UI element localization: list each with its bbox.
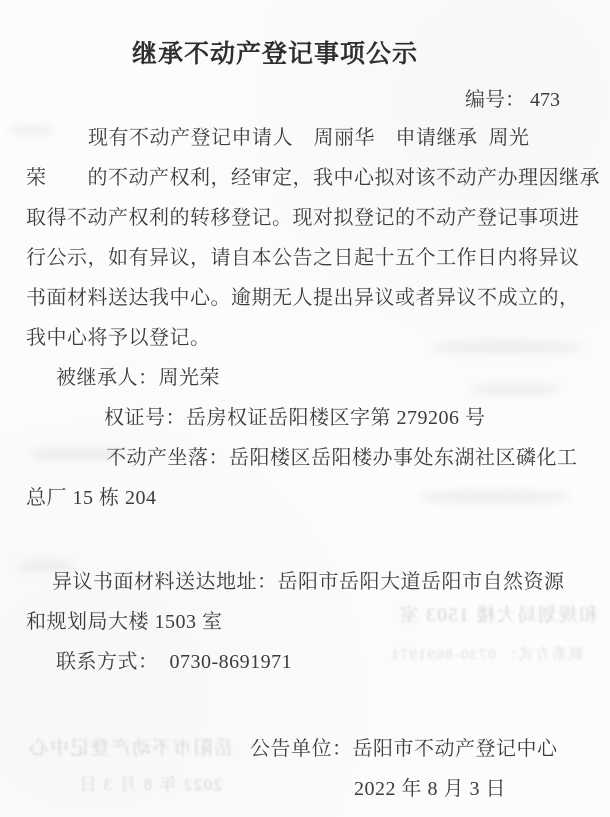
objection-address-continuation-line: 和规划局大楼 1503 室	[26, 602, 610, 642]
paragraph-line-4: 行公示，如有异议，请自本公告之日起十五个工作日内将异议	[26, 238, 610, 278]
certificate-number-line: 权证号：岳房权证岳阳楼区字第 279206 号	[26, 398, 610, 438]
notice-number: 编号： 473	[0, 88, 610, 112]
paragraph-line-6: 我中心将予以登记。	[26, 318, 610, 358]
notice-title: 继承不动产登记事项公示	[0, 34, 550, 70]
paragraph-line-2: 荣 的不动产权利，经审定，我中心拟对该不动产办理因继承	[26, 158, 610, 198]
objection-address-line: 异议书面材料送达地址：岳阳市岳阳大道岳阳市自然资源	[26, 562, 610, 602]
notice-body: 现有不动产登记申请人 周丽华 申请继承 周光 荣 的不动产权利，经审定，我中心拟…	[0, 118, 610, 809]
announcement-date-line: 2022 年 8 月 3 日	[26, 769, 610, 809]
decedent-line: 被继承人：周光荣	[26, 358, 610, 398]
scanned-notice-page: 继承不动产登记事项公示 编号： 473 现有不动产登记申请人 周丽华 申请继承 …	[0, 0, 610, 817]
paragraph-line-3: 取得不动产权利的转移登记。现对拟登记的不动产登记事项进	[26, 198, 610, 238]
property-location-line: 不动产坐落：岳阳楼区岳阳楼办事处东湖社区磷化工	[26, 438, 610, 478]
announcing-unit-line: 公告单位：岳阳市不动产登记中心	[26, 729, 610, 769]
paragraph-line-5: 书面材料送达我中心。逾期无人提出异议或者异议不成立的，	[26, 278, 610, 318]
paragraph-line-1: 现有不动产登记申请人 周丽华 申请继承 周光	[26, 118, 610, 158]
contact-phone-line: 联系方式： 0730-8691971	[26, 642, 610, 682]
property-location-continuation-line: 总厂 15 栋 204	[26, 478, 610, 518]
